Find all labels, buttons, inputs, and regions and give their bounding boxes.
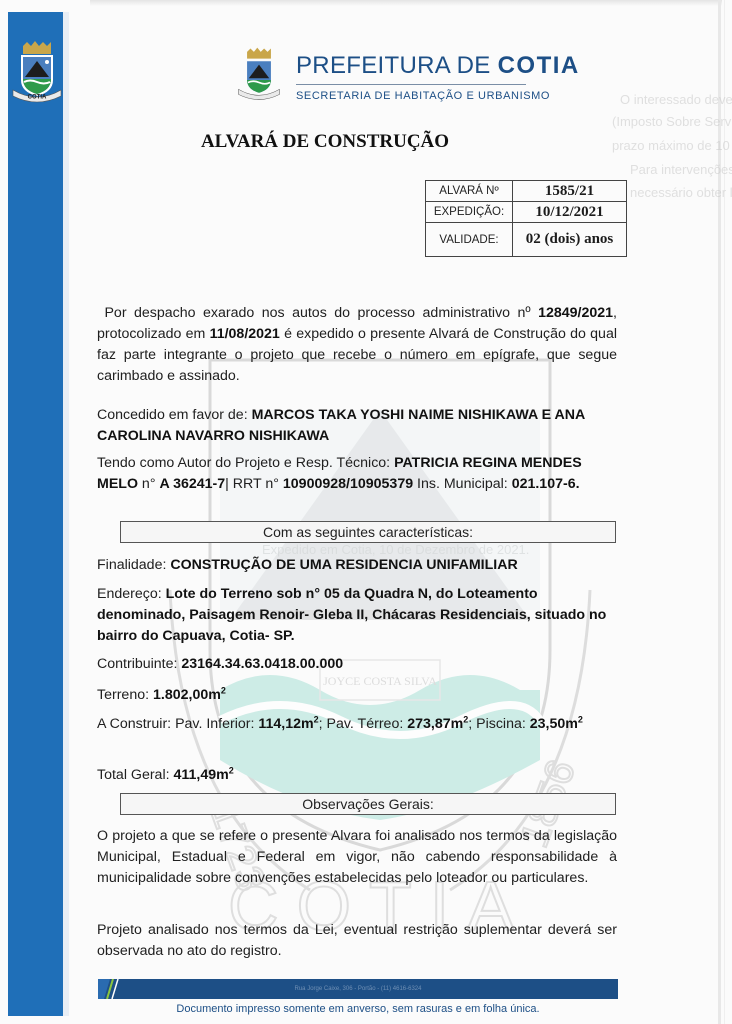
taxpayer-label: Contribuinte: <box>97 656 181 672</box>
land-area-line: Terreno: 1.802,00m2 <box>97 685 617 706</box>
unit-superscript: 2 <box>221 685 226 695</box>
issue-date-label: EXPEDIÇÃO: <box>426 202 513 223</box>
author-label: Tendo como Autor do Projeto e Resp. Técn… <box>97 455 394 471</box>
ground-floor-value: 273,87m <box>407 716 463 732</box>
address-label: Endereço: <box>97 586 166 602</box>
pool-label: ; Piscina: <box>468 716 530 732</box>
author-line: Tendo como Autor do Projeto e Resp. Técn… <box>97 453 617 495</box>
taxpayer-line: Contribuinte: 23164.34.63.0418.00.000 <box>97 654 617 675</box>
land-label: Terreno: <box>97 687 153 703</box>
permit-info-table: ALVARÁ Nº 1585/21 EXPEDIÇÃO: 10/12/2021 … <box>425 180 627 257</box>
build-label: A Construir: <box>97 716 175 732</box>
crest-ribbon-text: COTIA <box>28 95 47 101</box>
pool-value: 23,50m <box>530 716 578 732</box>
page-edge <box>90 0 722 6</box>
bleed-through-text: prazo máximo de 10 dias. <box>612 138 732 153</box>
side-strip-shadow <box>63 12 69 1016</box>
page-edge <box>718 0 721 1024</box>
permit-info-row: VALIDADE: 02 (dois) anos <box>426 223 627 257</box>
city-crest-icon: COTIA <box>10 40 64 104</box>
brand-divider <box>296 84 526 85</box>
municipal-registration: 021.107-6. <box>512 476 580 492</box>
rrt-number: 10900928/10905379 <box>283 476 413 492</box>
protocol-date: 11/08/2021 <box>210 326 280 342</box>
validity-value: 02 (dois) anos <box>513 223 627 257</box>
issue-date-value: 10/12/2021 <box>513 202 627 223</box>
brand-city: COTIA <box>498 52 580 79</box>
total-area-line: Total Geral: 411,49m2 <box>97 765 617 786</box>
purpose-label: Finalidade: <box>97 557 170 573</box>
unit-superscript: 2 <box>578 714 583 724</box>
total-label: Total Geral: <box>97 767 174 783</box>
header-crest-icon <box>236 46 282 102</box>
bleed-through-text: (Imposto Sobre Serviços de Qualquer Natu… <box>612 114 732 129</box>
footer-address: Rua Jorge Caixe, 306 - Portão - (11) 461… <box>98 979 618 999</box>
footer-note: Documento impresso somente em anverso, s… <box>98 1003 618 1015</box>
document-title: ALVARÁ DE CONSTRUÇÃO <box>160 131 490 153</box>
header-brand: PREFEITURA DE COTIA SECRETARIA DE HABITA… <box>296 52 580 102</box>
department-name: SECRETARIA DE HABITAÇÃO E URBANISMO <box>296 90 580 102</box>
side-blue-strip <box>8 12 63 1016</box>
dispatch-text: Por despacho exarado nos autos do proces… <box>104 305 538 321</box>
lower-floor-value: 114,12m <box>258 716 313 732</box>
permit-number-value: 1585/21 <box>513 181 627 202</box>
author-text: | RRT n° <box>225 476 283 492</box>
permit-number-label: ALVARÁ Nº <box>426 181 513 202</box>
build-area-line: A Construir: Pav. Inferior: 114,12m2; Pa… <box>97 714 617 735</box>
address-value: Lote do Terreno sob n° 05 da Quadra N, d… <box>97 586 606 644</box>
bleed-through-text: Para intervenções no imóvel, com relação… <box>630 162 732 177</box>
brand-title: PREFEITURA DE COTIA <box>296 52 580 80</box>
page-edge <box>724 0 725 1024</box>
validity-label: VALIDADE: <box>426 223 513 257</box>
land-value: 1.802,00m <box>153 687 221 703</box>
address-line: Endereço: Lote do Terreno sob n° 05 da Q… <box>97 584 617 647</box>
process-number: 12849/2021 <box>538 305 613 321</box>
author-text: Ins. Municipal: <box>413 476 512 492</box>
purpose-value: CONSTRUÇÃO DE UMA RESIDENCIA UNIFAMILIAR <box>170 557 517 573</box>
taxpayer-value: 23164.34.63.0418.00.000 <box>181 656 343 672</box>
dispatch-paragraph: Por despacho exarado nos autos do proces… <box>97 303 617 387</box>
unit-superscript: 2 <box>229 765 234 775</box>
lower-floor-label: Pav. Inferior: <box>175 716 258 732</box>
permit-info-row: ALVARÁ Nº 1585/21 <box>426 181 627 202</box>
grantee-line: Concedido em favor de: MARCOS TAKA YOSHI… <box>97 405 617 447</box>
observation-paragraph: Projeto analisado nos termos da Lei, eve… <box>97 920 617 962</box>
characteristics-header: Com as seguintes características: <box>120 521 616 543</box>
total-value: 411,49m <box>174 767 229 783</box>
purpose-line: Finalidade: CONSTRUÇÃO DE UMA RESIDENCIA… <box>97 555 617 576</box>
brand-prefix: PREFEITURA DE <box>296 52 498 79</box>
author-registration: A 36241-7 <box>159 476 225 492</box>
bleed-through-text: necessário obter licença, através de pro… <box>630 185 732 200</box>
bleed-through-text: O interessado deverá providenciar o reco… <box>620 92 732 107</box>
ground-floor-label: ; Pav. Térreo: <box>319 716 408 732</box>
observations-header: Observações Gerais: <box>120 793 616 815</box>
grantee-label: Concedido em favor de: <box>97 407 252 423</box>
author-text: n° <box>138 476 159 492</box>
permit-info-row: EXPEDIÇÃO: 10/12/2021 <box>426 202 627 223</box>
observation-paragraph: O projeto a que se refere o presente Alv… <box>97 826 617 889</box>
